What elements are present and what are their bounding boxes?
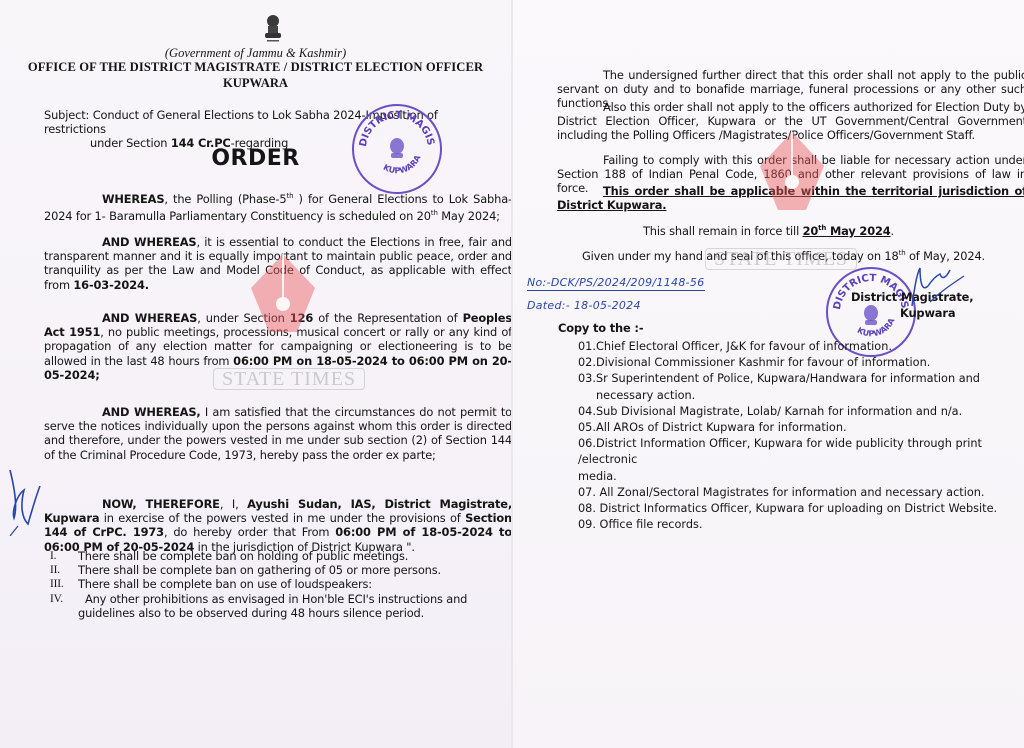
state-emblem-icon (262, 14, 284, 44)
operative-paragraph: NOW, THEREFORE, I, Ayushi Sudan, IAS, Di… (44, 497, 511, 554)
subject-label: Subject: (44, 108, 89, 122)
government-line: (Government of Jammu & Kashmir) (0, 46, 511, 61)
copy-to-list: 01.Chief Electoral Officer, J&K for favo… (578, 339, 1024, 533)
district-heading: KUPWARA (0, 76, 511, 91)
list-item: 08. District Informatics Officer, Kupwar… (578, 501, 1024, 517)
dated-line: Dated:- 18-05-2024 (527, 299, 641, 312)
whereas-paragraph-4: AND WHEREAS, I am satisfied that the cir… (44, 405, 511, 462)
list-item: 07. All Zonal/Sectoral Magistrates for i… (578, 485, 1024, 501)
signature-initials (4, 466, 44, 536)
order-page-right: The undersigned further direct that this… (513, 0, 1024, 748)
list-item: 04.Sub Divisional Magistrate, Lolab/ Kar… (578, 404, 1024, 420)
list-item: I.There shall be complete ban on holding… (44, 549, 511, 563)
order-page-left: (Government of Jammu & Kashmir) OFFICE O… (0, 0, 511, 748)
signature (906, 262, 966, 312)
list-item: 06.District Information Officer, Kupwara… (578, 436, 1024, 468)
list-item: necessary action. (578, 388, 1024, 404)
seal-emblem-icon: DISTRICT MAGISTRATE KUPWARA (354, 106, 440, 192)
reference-number: No:-DCK/PS/2024/209/1148-56 (527, 276, 705, 291)
list-item: 05.All AROs of District Kupwara for info… (578, 420, 1024, 436)
watermark-pen-icon (760, 132, 824, 210)
list-item: media. (578, 469, 1024, 485)
list-item: 09. Office file records. (578, 517, 1024, 533)
list-item: IV. Any other prohibitions as envisaged … (44, 592, 511, 620)
list-item: II.There shall be complete ban on gather… (44, 563, 511, 577)
validity-line: This shall remain in force till 20th May… (513, 221, 1024, 238)
official-seal: DISTRICT MAGISTRATE KUPWARA (352, 104, 442, 194)
svg-text:KUPWARA: KUPWARA (856, 316, 897, 338)
office-heading: OFFICE OF THE DISTRICT MAGISTRATE / DIST… (0, 60, 511, 75)
list-item: 02.Divisional Commissioner Kashmir for f… (578, 355, 1024, 371)
list-item: III.There shall be complete ban on use o… (44, 577, 511, 591)
restrictions-list: I.There shall be complete ban on holding… (44, 549, 511, 620)
watermark-text: STATE TIMES (213, 368, 365, 390)
whereas-paragraph-1: WHEREAS, the Polling (Phase-5th ) for Ge… (44, 189, 511, 223)
watermark-pen-icon (251, 254, 315, 332)
copy-to-heading: Copy to the :- (558, 321, 643, 335)
watermark-text: STATE TIMES (705, 248, 857, 270)
list-item: 01.Chief Electoral Officer, J&K for favo… (578, 339, 1024, 355)
list-item: 03.Sr Superintendent of Police, Kupwara/… (578, 371, 1024, 387)
